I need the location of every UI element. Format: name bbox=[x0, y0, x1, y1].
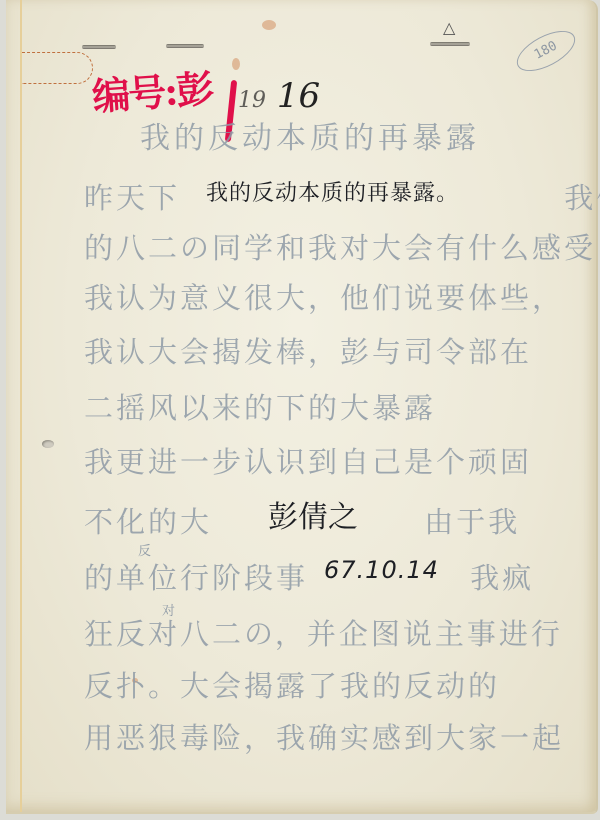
red-stamp-text: 编号:彭 bbox=[91, 66, 214, 119]
staple bbox=[430, 42, 470, 46]
pencil-line-5: 二摇风以来的下的大暴露 bbox=[84, 386, 436, 427]
pencil-text: 的单位行阶段事 bbox=[84, 561, 308, 595]
pencil-line-10: 反扑。大会揭露了我的反动的 bbox=[84, 664, 500, 705]
pencil-line-3: 我认为意义很大，他们说要体些， bbox=[84, 276, 564, 317]
pencil-text: 我疯 bbox=[470, 561, 534, 595]
document-page: △ 180 编号:彭 19 16 我的反动本质的再暴露 昨天下 我们 我的反动本… bbox=[6, 0, 598, 814]
punch-hole bbox=[42, 440, 54, 448]
staple bbox=[166, 44, 204, 48]
ink-heading: 我的反动本质的再暴露。 bbox=[206, 176, 459, 207]
binding-margin-line bbox=[20, 0, 22, 812]
rust-stain bbox=[262, 20, 276, 30]
folded-tab-outline bbox=[22, 52, 93, 84]
pencil-line-6: 我更进一步认识到自己是个顽固 bbox=[84, 440, 532, 481]
pencil-line-11: 用恶狠毒险，我确实感到大家一起 bbox=[84, 716, 564, 757]
overwritten-digits: 19 bbox=[238, 88, 266, 113]
rust-stain bbox=[232, 58, 240, 70]
signature-date: 67.10.14 bbox=[324, 556, 439, 584]
pencil-line-8: 的单位行阶段事 我疯 bbox=[84, 556, 534, 597]
triangle-mark-icon: △ bbox=[443, 18, 455, 37]
pencil-text: 昨天下 bbox=[84, 181, 180, 215]
pencil-line-4: 我认大会揭发棒，彭与司令部在 bbox=[84, 330, 532, 371]
pencil-line-2: 的八二の同学和我对大会有什么感受 bbox=[84, 226, 596, 267]
pencil-title: 我的反动本质的再暴露 bbox=[140, 113, 480, 157]
pencil-text: 由于我 bbox=[424, 505, 520, 539]
pencil-text: 我们 bbox=[564, 181, 600, 215]
signature: 彭倩之 bbox=[268, 492, 358, 536]
serial-number: 16 bbox=[277, 76, 320, 116]
pencil-line-9: 狂反对八二の，并企图说主事进行 bbox=[84, 612, 563, 653]
pencil-text: 不化的大 bbox=[84, 505, 212, 539]
ink-serial-number: 19 16 bbox=[238, 76, 320, 116]
circled-page-number: 180 bbox=[511, 23, 582, 80]
red-serial-stamp: 编号:彭 bbox=[90, 58, 214, 121]
staple bbox=[82, 45, 116, 49]
